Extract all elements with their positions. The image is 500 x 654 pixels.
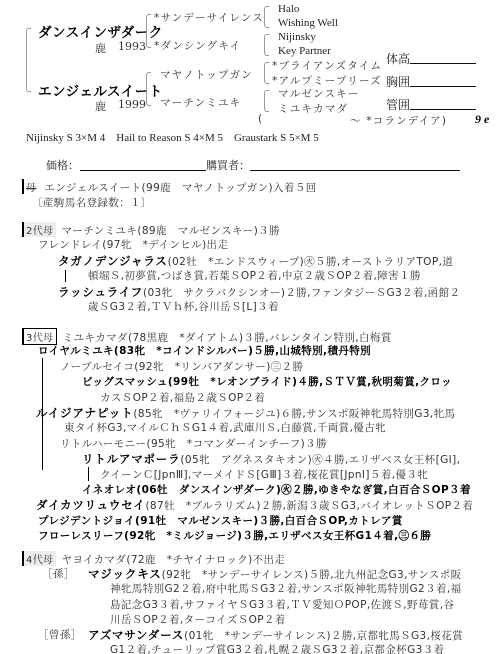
- cannon-label: 管囲: [386, 96, 410, 113]
- height-label: 体高: [386, 50, 410, 67]
- fourth-dam-tag: 4代母: [22, 551, 56, 566]
- dam-year: 1999: [118, 98, 146, 111]
- list-item: ロイヤルミユキ(83牝 *コインドシルバー)５勝,山城特別,積丹特別: [38, 343, 371, 358]
- list-item: リトルアマポーラ(05牝 アグネスタキオン)㊋４勝,エリザベス女王杯[GⅠ],: [82, 451, 460, 467]
- list-item: フレンドレイ(97牝 *デインヒル)出走: [38, 237, 228, 252]
- list-item: 頓堀Ｓ,初夢賞,つばき賞,若葉ＳOP２着,中京２歳ＳOP２着,障害１勝: [88, 268, 421, 283]
- price-label: 価格：: [46, 157, 79, 173]
- family-number: 9 e: [475, 112, 489, 127]
- fourth-dam-line: 4代母ヤヨイカマダ(72鹿 *チヤイナロック)不出走: [22, 551, 285, 567]
- list-item: リトルハーモニー(95牝 *コマンダーインチーフ)３勝: [60, 436, 327, 451]
- pedigree-bracket-main: [26, 28, 31, 92]
- tree-line: [88, 467, 89, 481]
- sire-dam: *ダンシングキイ: [154, 38, 241, 53]
- list-item: マジックキス(92牝 *サンデーサイレンス)５勝,北九州記念G3,サンスポ阪: [88, 566, 462, 582]
- list-item: 歳ＳG3２着,ＴＶｈ杯,谷川岳Ｓ[L]３着: [88, 299, 279, 314]
- sire-color: 鹿: [95, 40, 106, 56]
- cannon-field[interactable]: [410, 109, 476, 110]
- list-item: ダイカツリュウセイ(87牡 *ブルラリズム)２勝,新潟３歳ＳG3,バイオレットＳ…: [36, 497, 473, 513]
- g3-bracket-1: [264, 6, 269, 28]
- second-dam-tag: 2代母: [22, 222, 56, 237]
- g3-key-partner: Key Partner: [278, 45, 331, 57]
- inbreeding: Nijinsky S 3×M 4 Hail to Reason S 4×M 5 …: [26, 129, 319, 145]
- buyer-field[interactable]: [250, 170, 460, 171]
- g3-wishing-well: Wishing Well: [278, 17, 338, 29]
- list-item: 川岳ＳOP２着,ターコイズＳOP２着: [110, 612, 286, 627]
- list-item: 島記念G3３着,サファイヤＳG3３着,ＴＶ愛知ＯPOP,佐渡Ｓ,野苺賞,谷: [110, 597, 454, 612]
- dam-dam: マーチンミユキ: [160, 95, 241, 110]
- dam-color: 鹿: [95, 98, 106, 114]
- girth-label: 胸囲: [386, 73, 410, 90]
- list-item: ノーブルセイコ(92牝 *リンバアダンサー)㊂２勝: [60, 359, 303, 374]
- sire-sire: *サンデーサイレンス: [154, 10, 264, 25]
- sire-name: ダンスインザダーク: [38, 21, 163, 41]
- g3-brian-s-time: *ブライアンズタイム: [272, 58, 382, 73]
- list-item: G1２着,チューリップ賞G3２着,札幌２歳ＳG3２着,京都金杯G3３着: [110, 642, 445, 654]
- dam-foal-count: 〔産駒馬名登録数：１〕: [32, 195, 152, 210]
- girth-field[interactable]: [410, 86, 476, 87]
- height-field[interactable]: [410, 63, 476, 64]
- list-item: ルイジアナピット(85牝 *ヴァリイフォージユ)６勝,サンスポ阪神牝馬特別G3,…: [36, 405, 455, 421]
- list-item: 神牝馬特別G2２着,府中牝馬ＳG3２着,サンスポ阪神牝馬特別G2３着,福: [110, 581, 462, 596]
- list-item: カスＳOP２着,福島２歳ＳOP２着: [100, 390, 265, 405]
- dam-text: エンジェルスイート(99鹿 マヤノトップガン)入着５回: [44, 182, 316, 194]
- fourth-dam-text: ヤヨイカマダ(72鹿 *チヤイナロック)不出走: [62, 554, 286, 566]
- list-item: ビッグスマッシュ(99牡 *レオンブライド)４勝,ＳＴＶ賞,秋明菊賞,クロッ: [82, 374, 452, 389]
- second-dam-line: 2代母マーチンミユキ(89鹿 マルゼンスキー)３勝: [22, 222, 280, 238]
- list-item: ［曾孫］: [38, 627, 82, 642]
- g3-bracket-3: [264, 62, 269, 84]
- price-field[interactable]: [80, 170, 206, 171]
- g3-bracket-4: [264, 90, 269, 112]
- sire-year: 1993: [118, 40, 146, 53]
- family-line-open: (: [258, 113, 263, 125]
- list-item: ラッシュライフ(03牝 サクラバクシンオー)２勝,ファンタジーＳG3２着,函館２: [58, 284, 460, 300]
- list-item: タガノデンジャラス(02牡 *エンドスウィープ)㊋５勝,オーストラリアTOP,道: [58, 253, 453, 269]
- dam-name: エンジェルスイート: [38, 80, 163, 100]
- list-item: フローレスリーフ(92牝 *ミルジョージ)３勝,エリザベス女王杯G1４着,㊂６勝: [38, 528, 431, 543]
- g3-maruzensky: マルゼンスキー: [278, 86, 360, 101]
- list-item: ［孫］: [42, 566, 75, 581]
- list-item: イネオレオ(06牡 ダンスインザダーク)㊋２勝,ゆきやなぎ賞,白百合ＳOP３着: [82, 482, 471, 497]
- dam-bracket: [146, 72, 151, 106]
- family-line: ～ *コランデイア): [350, 113, 447, 128]
- buyer-label: 購買者：: [206, 157, 250, 173]
- list-item: プレジデントジョイ(91牡 マルゼンスキー)３勝,白百合ＳOP,カトレア賞: [38, 513, 403, 528]
- g3-nijinsky: Nijinsky: [278, 31, 316, 43]
- g3-halo: Halo: [278, 3, 299, 15]
- sire-bracket: [146, 14, 151, 48]
- dam-tag: 母: [22, 179, 38, 194]
- dam-line: 母エンジェルスイート(99鹿 マヤノトップガン)入着５回: [22, 179, 317, 195]
- g3-bracket-2: [264, 34, 269, 56]
- g3-miyuki-kamada: ミユキカマダ: [278, 101, 348, 116]
- list-item: クイーンＣ[JpnⅢ],マーメイドＳ[GⅢ]３着,桜花賞[JpnⅠ]５着,優３牝: [100, 467, 428, 482]
- list-item: アズマサンダース(01牝 *サンデーサイレンス)２勝,京都牝馬ＳG3,桜花賞: [88, 627, 463, 643]
- dam-sire: マヤノトップガン: [160, 67, 253, 82]
- second-dam-text: マーチンミユキ(89鹿 マルゼンスキー)３勝: [62, 225, 281, 237]
- tree-line: [65, 270, 66, 282]
- list-item: 東タイ杯G3,マイルＣｈＳG1４着,武庫川Ｓ,白藤賞,千両賞,優古牝: [64, 420, 386, 435]
